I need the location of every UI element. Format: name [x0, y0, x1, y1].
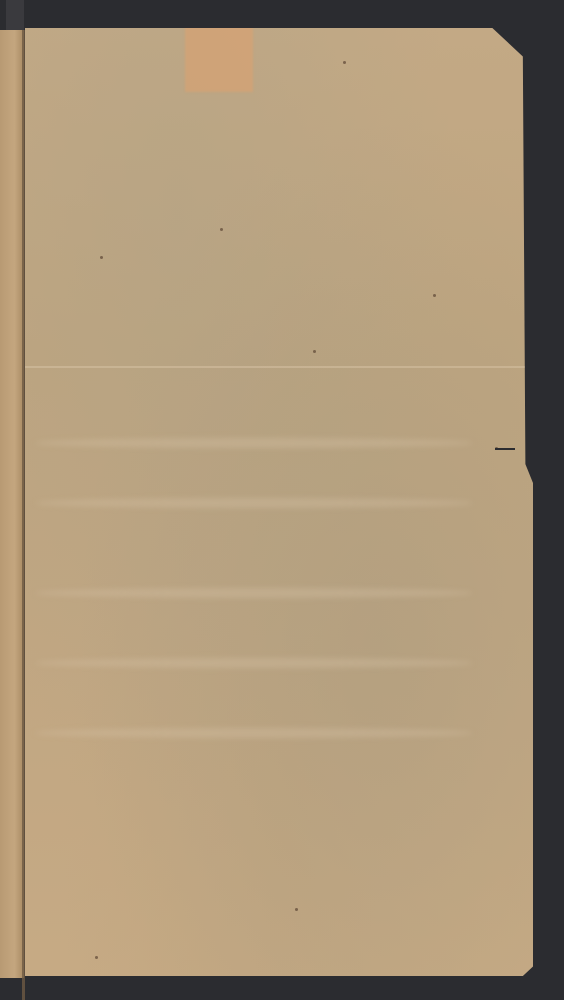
facing-page-edge — [0, 30, 24, 978]
horizontal-fold-line — [25, 366, 533, 368]
spine-tab — [6, 0, 24, 30]
paper-wrinkle — [35, 588, 473, 598]
paper-wrinkle — [35, 658, 473, 668]
edge-tear — [495, 448, 515, 450]
blank-paper-page — [25, 28, 533, 976]
paper-speck — [343, 61, 346, 64]
scan-viewport — [0, 0, 564, 1000]
paper-wrinkle — [35, 498, 473, 508]
paper-wrinkle — [35, 438, 473, 448]
paper-speck — [220, 228, 223, 231]
paper-speck — [95, 956, 98, 959]
paper-speck — [100, 256, 103, 259]
library-stamp-mark — [185, 20, 253, 92]
paper-wrinkle — [35, 728, 473, 738]
paper-speck — [433, 294, 436, 297]
paper-speck — [295, 908, 298, 911]
binding-gutter — [22, 30, 25, 1000]
paper-speck — [313, 350, 316, 353]
